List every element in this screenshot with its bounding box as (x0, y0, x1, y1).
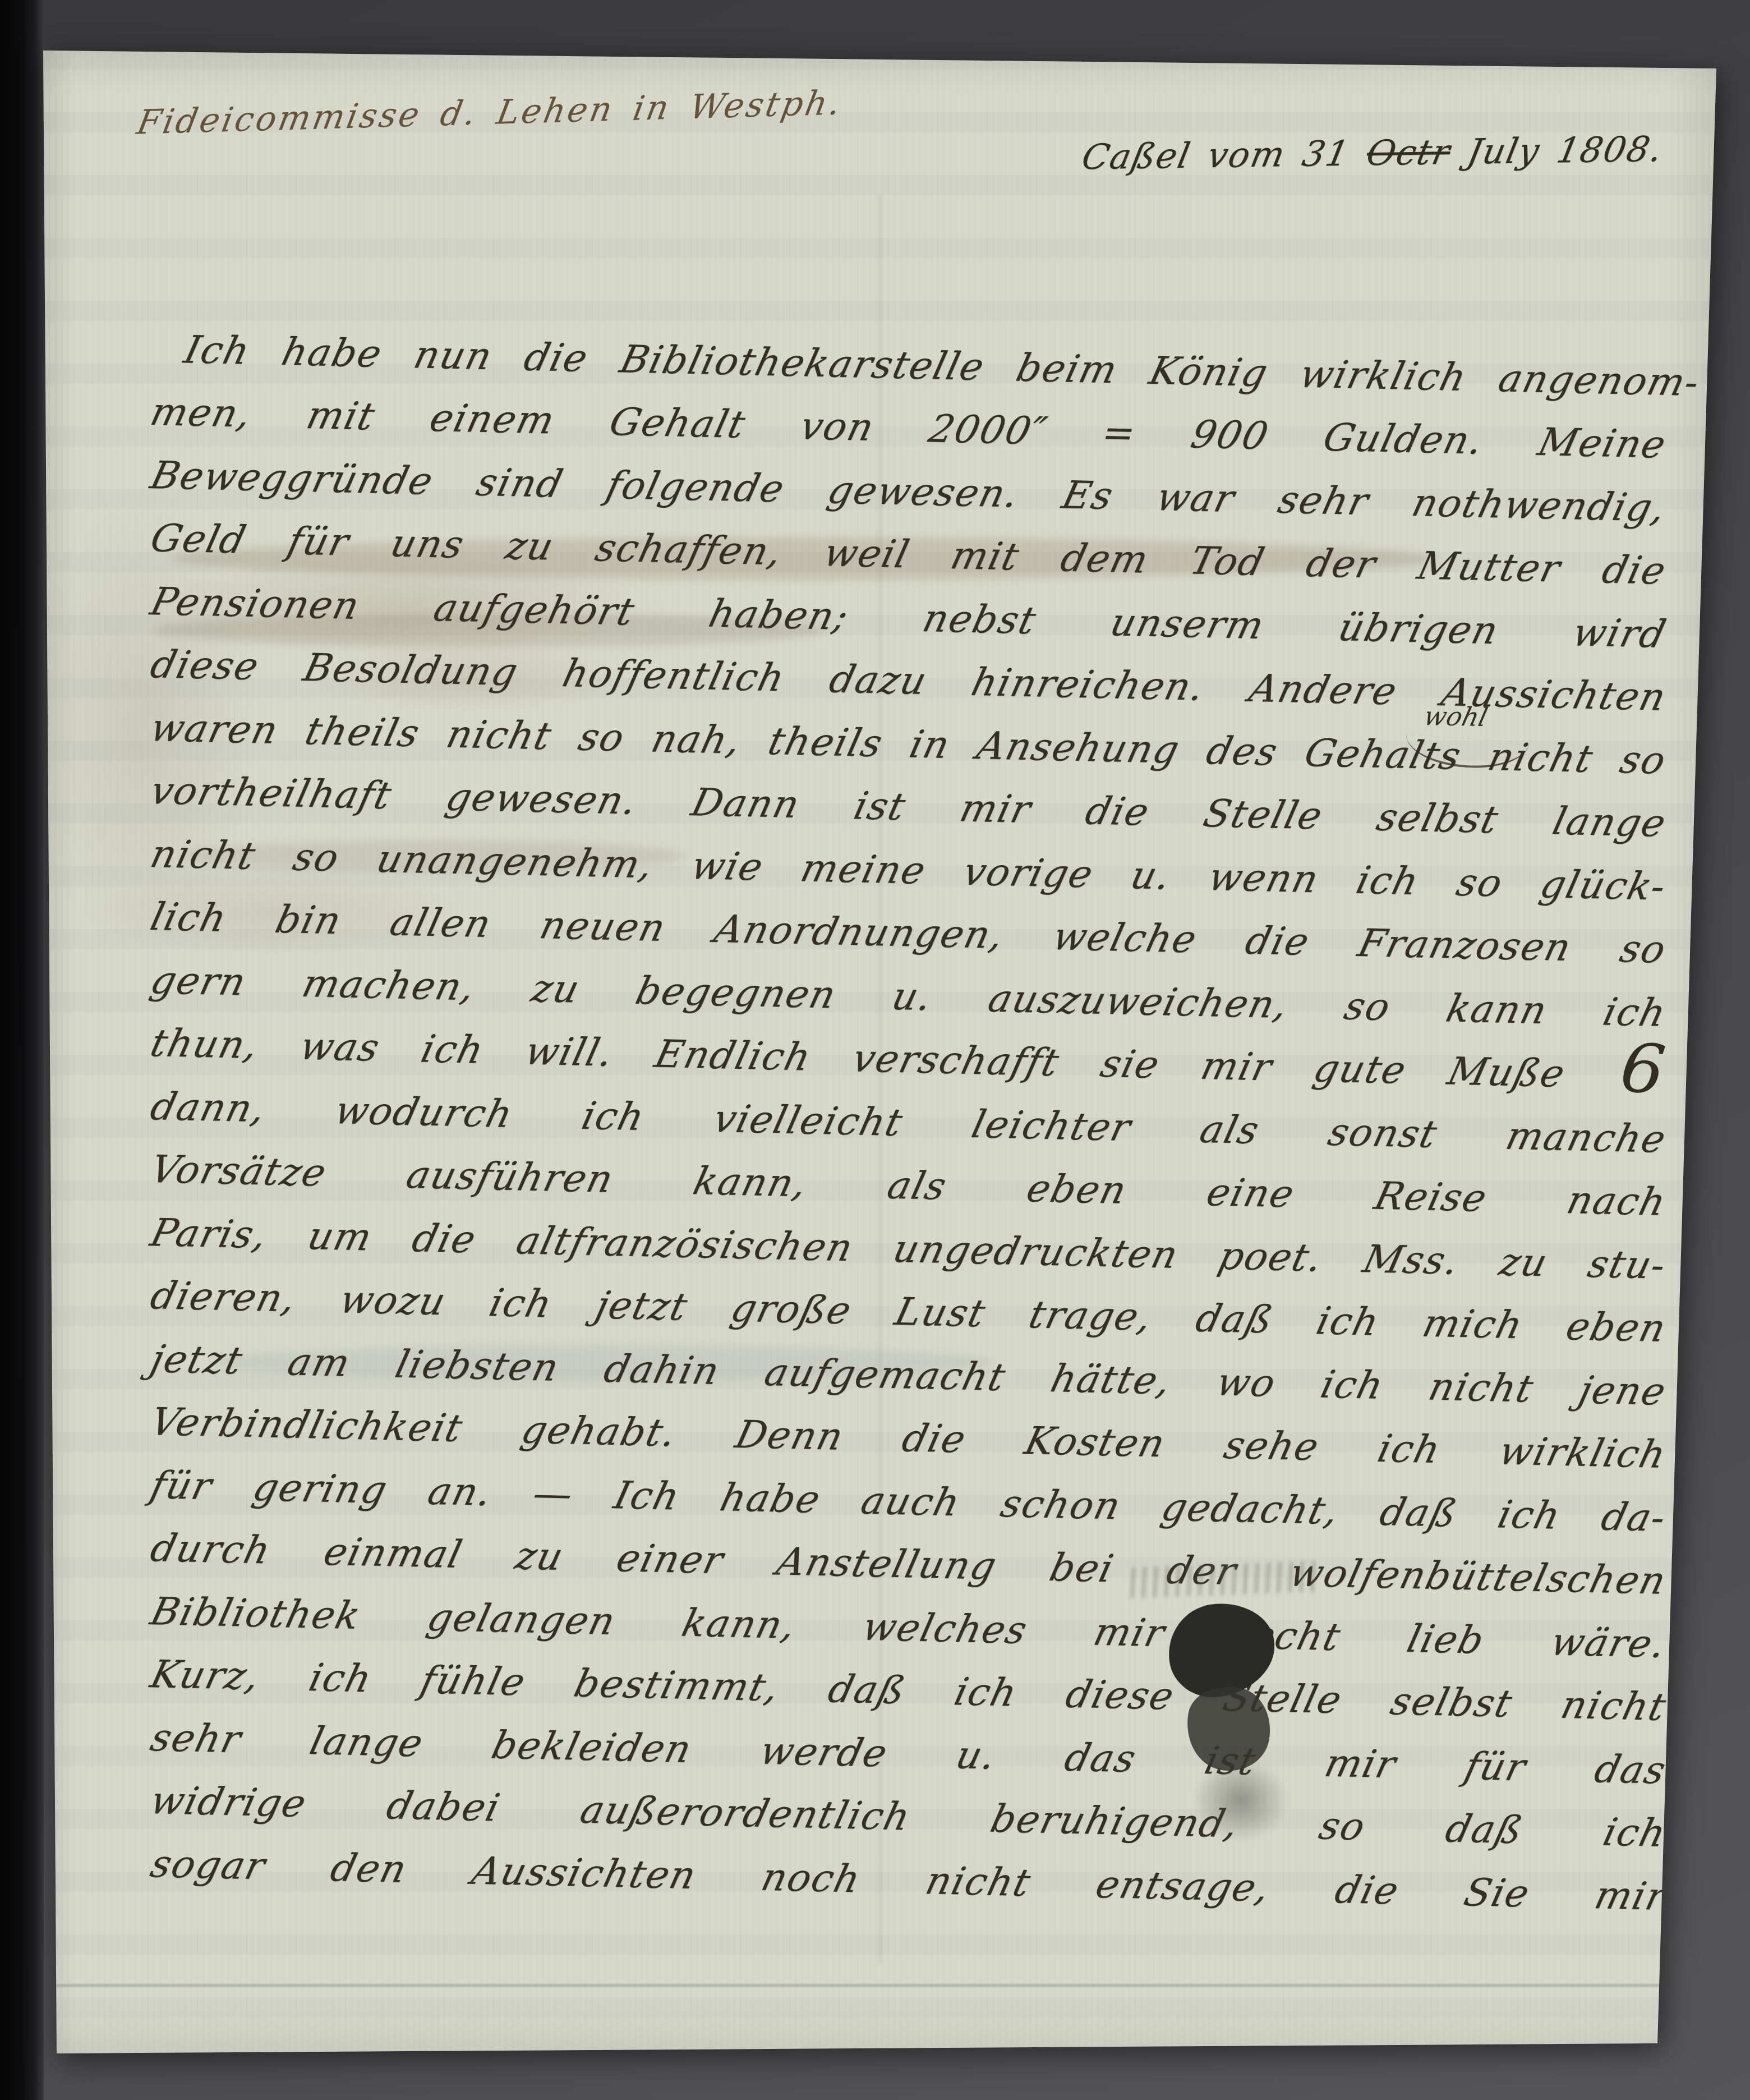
book-gutter-strip (0, 0, 44, 2100)
handwritten-line: thun, was ich will. Endlich verschafft s… (146, 1022, 1569, 1096)
handwritten-line: Kurz, ich fühle bestimmt, daß ich diese … (146, 1653, 1670, 1729)
handwritten-line: jetzt am liebsten dahin aufgemacht hätte… (146, 1338, 1670, 1414)
handwritten-line: durch einmal zu einer Anstellung bei der… (146, 1527, 1670, 1603)
interlinear-insertion: wohl (1421, 701, 1491, 732)
handwritten-line: dieren, wozu ich jetzt große Lust trage,… (146, 1275, 1670, 1350)
handwritten-line: widrige dabei außerordentlich beruhigend… (146, 1780, 1670, 1855)
folio-numeral: 6 (1617, 1027, 1669, 1111)
handwritten-line: nicht so unangenehm, wie meine vorige u.… (146, 833, 1670, 909)
handwritten-line: dann, wodurch ich vielleicht leichter al… (146, 1086, 1670, 1161)
handwritten-line: Ich habe nun die Bibliothekarstelle beim… (146, 328, 1704, 405)
horizontal-crease (42, 1982, 1719, 1988)
handwritten-line: lich bin allen neuen Anordnungen, welche… (146, 896, 1670, 972)
handwritten-line: Verbindlichkeit gehabt. Denn die Kosten … (146, 1401, 1670, 1477)
handwritten-line: Paris, um die altfranzösischen ungedruck… (146, 1212, 1670, 1288)
handwritten-line: Geld für uns zu schaffen, weil mit dem T… (146, 517, 1670, 593)
handwritten-line: sogar den Aussichten noch nicht entsage,… (146, 1843, 1670, 1919)
handwritten-line: men, mit einem Gehalt von 2000″ = 900 Gu… (146, 391, 1670, 467)
handwritten-line: Beweggründe sind folgende gewesen. Es wa… (146, 454, 1670, 530)
letter-page-wrap: Fideicommisse d. Lehen in Westph. Caßel … (42, 49, 1719, 2058)
photo-backdrop: Fideicommisse d. Lehen in Westph. Caßel … (0, 0, 1750, 2100)
handwritten-line: Vorsätze ausführen kann, als eben eine R… (146, 1148, 1670, 1224)
letter-page: Fideicommisse d. Lehen in Westph. Caßel … (42, 49, 1719, 2058)
dateline-place-day: Caßel vom 31 (1079, 132, 1353, 177)
handwritten-line: vortheilhaft gewesen. Dann ist mir die S… (146, 770, 1670, 845)
handwritten-line: für gering an. — Ich habe auch schon ged… (146, 1464, 1670, 1540)
dateline: Caßel vom 31 Octr July 1808. (1079, 128, 1667, 178)
struck-month: Octr (1363, 131, 1454, 173)
handwritten-line: gern machen, zu begegnen u. auszuweichen… (146, 959, 1670, 1035)
archival-note: Fideicommisse d. Lehen in Westph. (134, 83, 846, 142)
ink-blot-smear (1193, 1758, 1288, 1842)
handwritten-line: sehr lange bekleiden werde u. das ist mi… (146, 1717, 1670, 1793)
handwritten-line: Bibliothek gelangen kann, welches mir re… (146, 1591, 1670, 1666)
dateline-month-year: July 1808. (1464, 128, 1666, 172)
